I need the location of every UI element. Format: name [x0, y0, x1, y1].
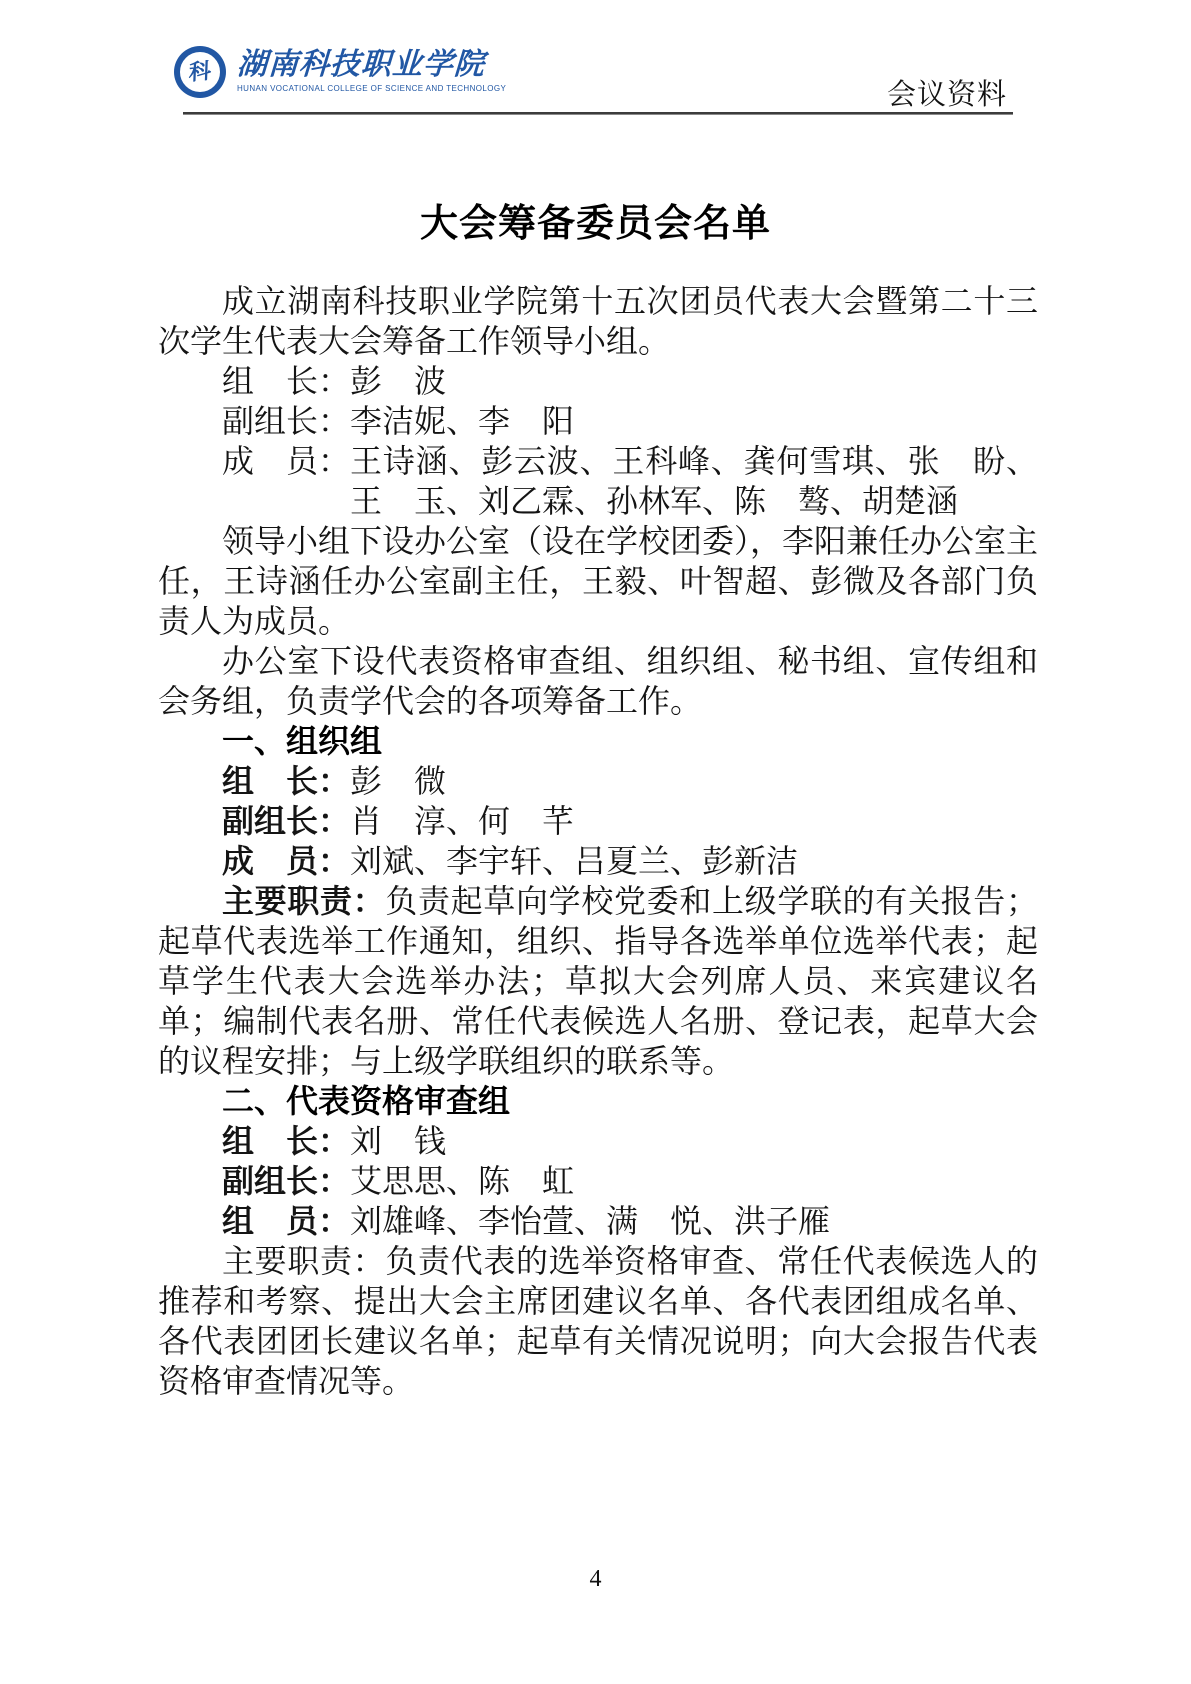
intro-paragraph: 成立湖南科技职业学院第十五次团员代表大会暨第二十三次学生代表大会筹备工作领导小组… — [158, 281, 1038, 361]
header-divider — [183, 112, 1013, 115]
row-value: 肖 淳、何 芊 — [350, 801, 1038, 841]
header-corner-label: 会议资料 — [887, 72, 1007, 113]
row-value: 彭 波 — [350, 361, 1038, 401]
college-name-en: HUNAN VOCATIONAL COLLEGE OF SCIENCE AND … — [237, 84, 506, 94]
section-1-heading: 一、组织组 — [158, 721, 1038, 761]
college-seal-inner: 科 — [179, 51, 221, 93]
row-value: 刘 钱 — [350, 1121, 1038, 1161]
row-value: 李洁妮、李 阳 — [350, 401, 1038, 441]
section-1-row-members: 成 员：刘斌、李宇轩、吕夏兰、彭新洁 — [158, 841, 1038, 881]
document-body: 成立湖南科技职业学院第十五次团员代表大会暨第二十三次学生代表大会筹备工作领导小组… — [158, 281, 1038, 1401]
section-1-row-deputy: 副组长：肖 淳、何 芊 — [158, 801, 1038, 841]
leading-group-row-deputy: 副组长：李洁妮、李 阳 — [158, 401, 1038, 441]
section-2-row-leader: 组 长：刘 钱 — [158, 1121, 1038, 1161]
row-label: 组 长： — [222, 1121, 350, 1161]
row-label: 副组长： — [222, 401, 350, 441]
section-2-heading: 二、代表资格审查组 — [158, 1081, 1038, 1121]
leading-group-row-members: 成 员：王诗涵、彭云波、王科峰、龚何雪琪、张 盼、王 玉、刘乙霖、孙林军、陈 骜… — [158, 441, 1038, 521]
row-label: 组 长： — [222, 761, 350, 801]
row-value: 刘斌、李宇轩、吕夏兰、彭新洁 — [350, 841, 1038, 881]
college-logo: 科 湖南科技职业学院 HUNAN VOCATIONAL COLLEGE OF S… — [174, 46, 506, 98]
row-value: 艾思思、陈 虹 — [350, 1161, 1038, 1201]
page-title: 大会筹备委员会名单 — [0, 192, 1191, 247]
section-1-duty-paragraph: 主要职责：负责起草向学校党委和上级学联的有关报告；起草代表选举工作通知，组织、指… — [158, 881, 1038, 1081]
leading-group-row-leader: 组 长：彭 波 — [158, 361, 1038, 401]
office-paragraph: 领导小组下设办公室（设在学校团委），李阳兼任办公室主任，王诗涵任办公室副主任，王… — [158, 521, 1038, 641]
row-label: 副组长： — [222, 801, 350, 841]
duty-label: 主要职责： — [222, 1243, 385, 1279]
row-label: 组 长： — [222, 361, 350, 401]
section-1-row-leader: 组 长：彭 微 — [158, 761, 1038, 801]
row-label: 成 员： — [222, 441, 350, 521]
college-name-block: 湖南科技职业学院 HUNAN VOCATIONAL COLLEGE OF SCI… — [237, 46, 506, 94]
section-2-row-deputy: 副组长：艾思思、陈 虹 — [158, 1161, 1038, 1201]
groups-paragraph: 办公室下设代表资格审查组、组织组、秘书组、宣传组和会务组，负责学代会的各项筹备工… — [158, 641, 1038, 721]
college-seal-icon: 科 — [174, 46, 226, 98]
section-2-row-members: 组 员：刘雄峰、李怡萱、满 悦、洪子雁 — [158, 1201, 1038, 1241]
row-value: 王诗涵、彭云波、王科峰、龚何雪琪、张 盼、王 玉、刘乙霖、孙林军、陈 骜、胡楚涵 — [350, 441, 1038, 521]
college-name-cn: 湖南科技职业学院 — [236, 46, 507, 84]
page-number: 4 — [0, 1566, 1191, 1593]
section-2-duty-paragraph: 主要职责：负责代表的选举资格审查、常任代表候选人的推荐和考察、提出大会主席团建议… — [158, 1241, 1038, 1401]
row-label: 成 员： — [222, 841, 350, 881]
document-page: 科 湖南科技职业学院 HUNAN VOCATIONAL COLLEGE OF S… — [0, 0, 1191, 1684]
row-value: 刘雄峰、李怡萱、满 悦、洪子雁 — [350, 1201, 1038, 1241]
row-value: 彭 微 — [350, 761, 1038, 801]
row-label: 副组长： — [222, 1161, 350, 1201]
duty-label: 主要职责： — [222, 883, 385, 919]
college-seal-glyph: 科 — [188, 60, 211, 84]
row-label: 组 员： — [222, 1201, 350, 1241]
